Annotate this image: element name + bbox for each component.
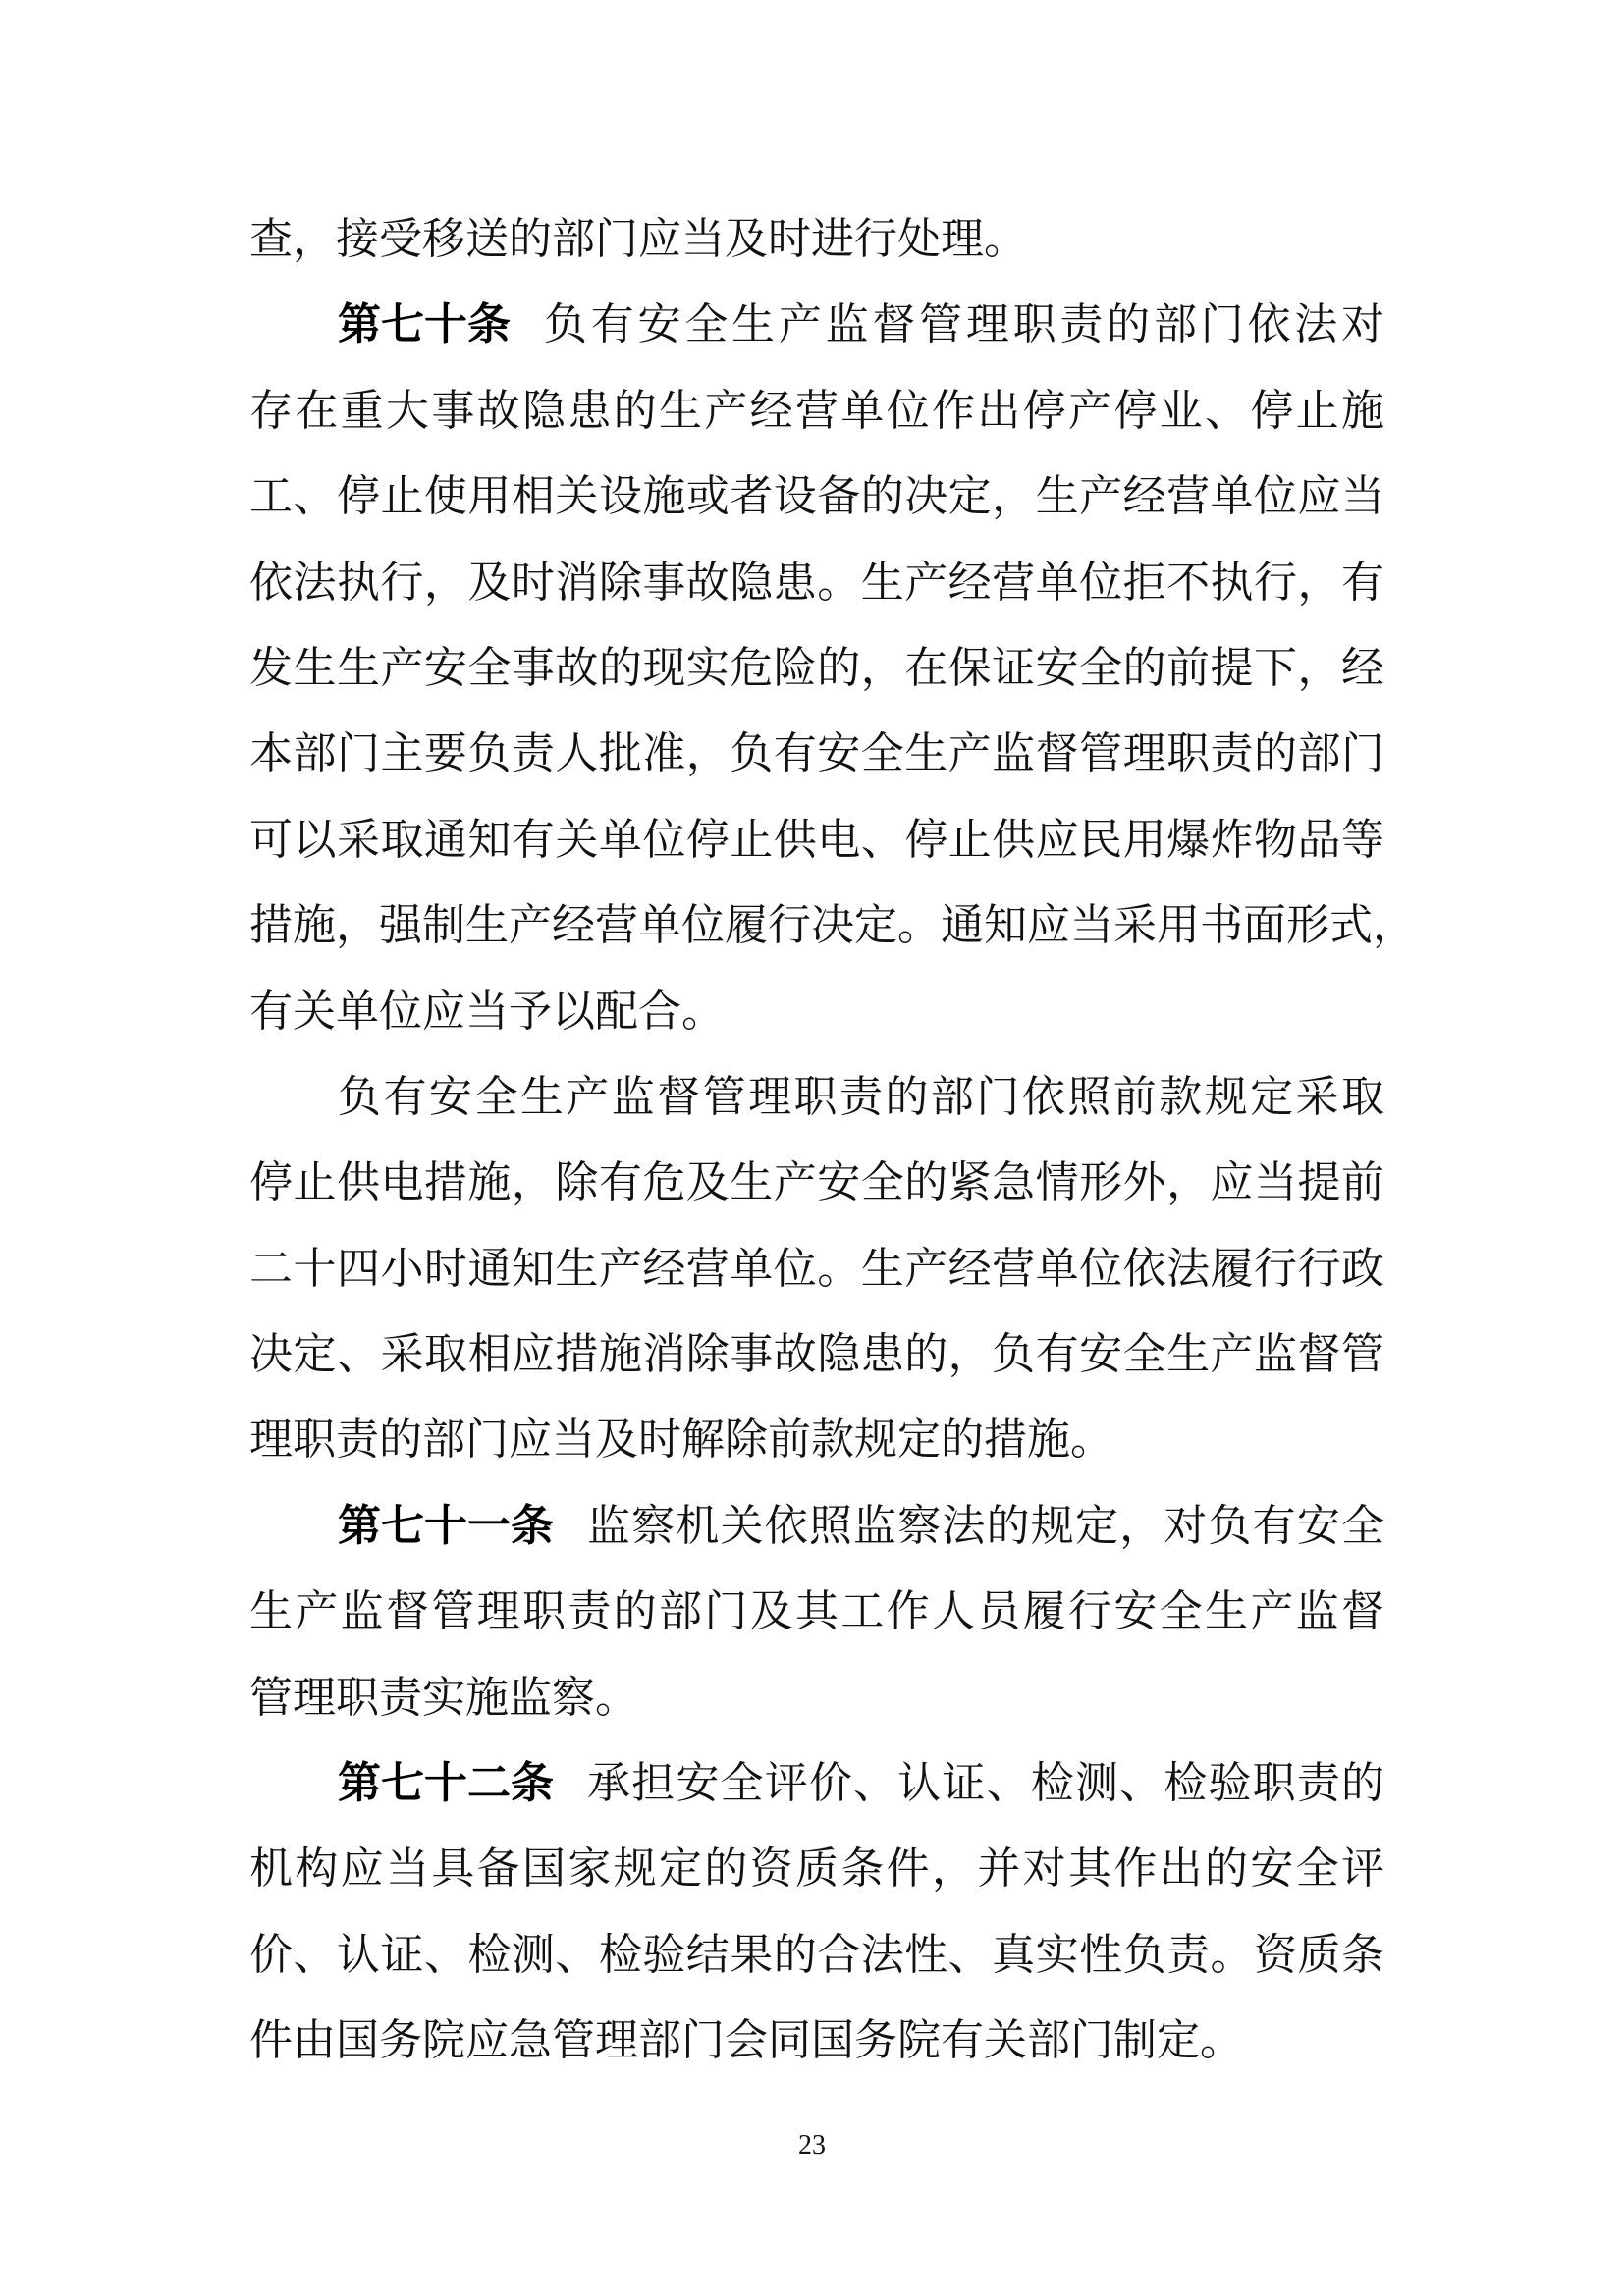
article-72-line: 第七十二条 承担安全评价、认证、检测、检验职责的 (249, 1740, 1384, 1826)
text-line: 管理职责实施监察。 (249, 1655, 1384, 1740)
text-line: 承担安全评价、认证、检测、检验职责的 (587, 1740, 1384, 1826)
text-line: 依法执行，及时消除事故隐患。生产经营单位拒不执行，有 (249, 540, 1384, 625)
article-heading: 第七十条 (338, 282, 511, 367)
text-line: 发生生产安全事故的现实危险的，在保证安全的前提下，经 (249, 625, 1384, 711)
text-line: 查，接受移送的部门应当及时进行处理。 (249, 196, 1384, 282)
text-line: 生产监督管理职责的部门及其工作人员履行安全生产监督 (249, 1569, 1384, 1654)
text-line: 负有安全生产监督管理职责的部门依法对 (544, 282, 1384, 367)
text-line: 存在重大事故隐患的生产经营单位作出停产停业、停止施 (249, 368, 1384, 454)
document-page: 查，接受移送的部门应当及时进行处理。 第七十条 负有安全生产监督管理职责的部门依… (0, 0, 1624, 2296)
article-70-line: 第七十条 负有安全生产监督管理职责的部门依法对 (249, 282, 1384, 367)
text-line: 件由国务院应急管理部门会同国务院有关部门制定。 (249, 1998, 1384, 2083)
body-text: 查，接受移送的部门应当及时进行处理。 第七十条 负有安全生产监督管理职责的部门依… (249, 196, 1384, 2084)
text-line: 工、停止使用相关设施或者设备的决定，生产经营单位应当 (249, 454, 1384, 539)
text-line: 监察机关依照监察法的规定，对负有安全 (587, 1483, 1384, 1569)
text-line: 可以采取通知有关单位停止供电、停止供应民用爆炸物品等 (249, 797, 1384, 882)
text-line: 停止供电措施，除有危及生产安全的紧急情形外，应当提前 (249, 1140, 1384, 1225)
text-line: 二十四小时通知生产经营单位。生产经营单位依法履行行政 (249, 1226, 1384, 1311)
text-line: 有关单位应当予以配合。 (249, 969, 1384, 1054)
article-heading: 第七十一条 (338, 1483, 554, 1569)
text-line: 本部门主要负责人批准，负有安全生产监督管理职责的部门 (249, 711, 1384, 796)
text-line: 决定、采取相应措施消除事故隐患的，负有安全生产监督管 (249, 1311, 1384, 1397)
article-heading: 第七十二条 (338, 1740, 554, 1826)
text-line: 机构应当具备国家规定的资质条件，并对其作出的安全评 (249, 1826, 1384, 1911)
text-line: 负有安全生产监督管理职责的部门依照前款规定采取 (249, 1054, 1384, 1140)
article-71-line: 第七十一条 监察机关依照监察法的规定，对负有安全 (249, 1483, 1384, 1569)
page-number: 23 (0, 2130, 1624, 2162)
text-line: 理职责的部门应当及时解除前款规定的措施。 (249, 1397, 1384, 1482)
text-line: 价、认证、检测、检验结果的合法性、真实性负责。资质条 (249, 1912, 1384, 1998)
text-line: 措施，强制生产经营单位履行决定。通知应当采用书面形式， (249, 882, 1384, 968)
